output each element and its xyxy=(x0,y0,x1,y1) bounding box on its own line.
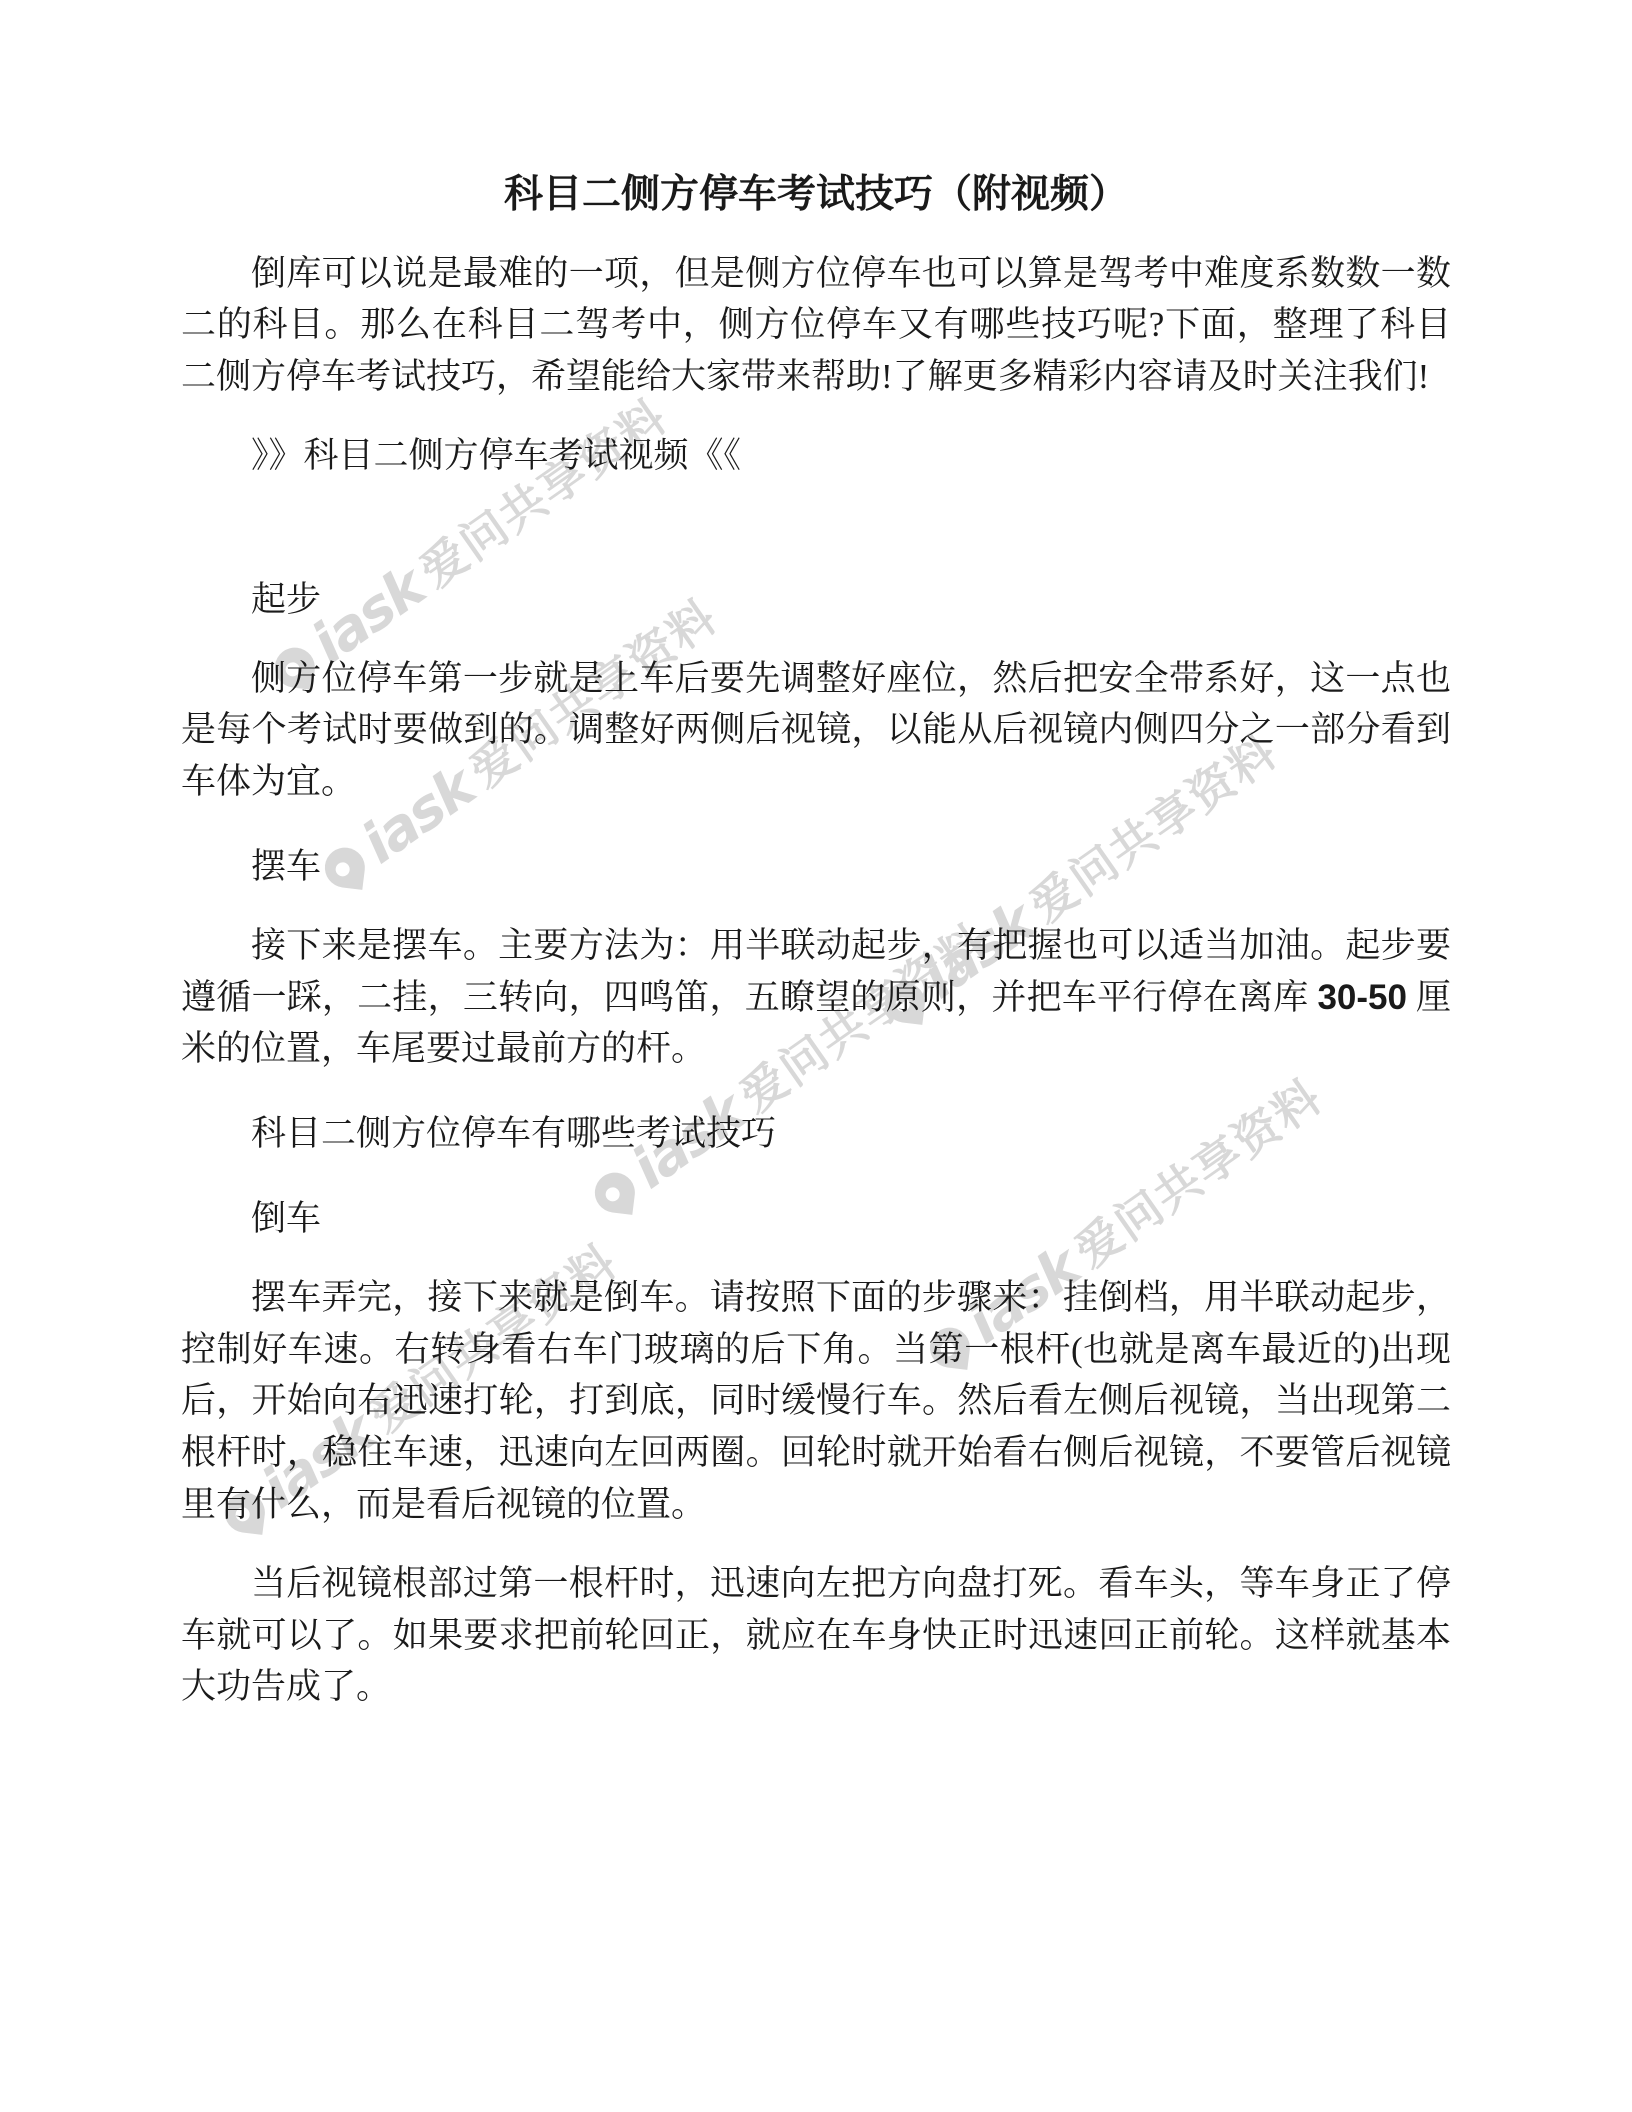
section-heading-tips: 科目二侧方位停车有哪些考试技巧 xyxy=(181,1108,1451,1160)
distance-value: 30-50 xyxy=(1317,978,1407,1017)
section-heading-qibu: 起步 xyxy=(181,574,1451,626)
video-link-line[interactable]: 》》科目二侧方停车考试视频《《 xyxy=(181,430,1451,482)
paragraph-qibu: 侧方位停车第一步就是上车后要先调整好座位，然后把安全带系好，这一点也是每个考试时… xyxy=(181,653,1451,808)
baiche-text-a: 接下来是摆车。主要方法为：用半联动起步，有把握也可以适当加油。起步要遵循一踩，二… xyxy=(181,926,1451,1017)
paragraph-daoche: 摆车弄完，接下来就是倒车。请按照下面的步骤来：挂倒档，用半联动起步，控制好车速。… xyxy=(181,1272,1451,1531)
section-heading-baiche: 摆车 xyxy=(181,841,1451,893)
paragraph-intro: 倒库可以说是最难的一项，但是侧方位停车也可以算是驾考中难度系数数一数二的科目。那… xyxy=(181,248,1451,403)
document-page: { "watermark": { "brand": "iask", "text"… xyxy=(0,0,1632,2112)
section-heading-daoche: 倒车 xyxy=(181,1193,1451,1245)
paragraph-baiche: 接下来是摆车。主要方法为：用半联动起步，有把握也可以适当加油。起步要遵循一踩，二… xyxy=(181,920,1451,1075)
page-title: 科目二侧方停车考试技巧（附视频） xyxy=(181,170,1451,221)
paragraph-closing: 当后视镜根部过第一根杆时，迅速向左把方向盘打死。看车头，等车身正了停车就可以了。… xyxy=(181,1558,1451,1713)
document-body: 科目二侧方停车考试技巧（附视频） 倒库可以说是最难的一项，但是侧方位停车也可以算… xyxy=(181,170,1451,1713)
